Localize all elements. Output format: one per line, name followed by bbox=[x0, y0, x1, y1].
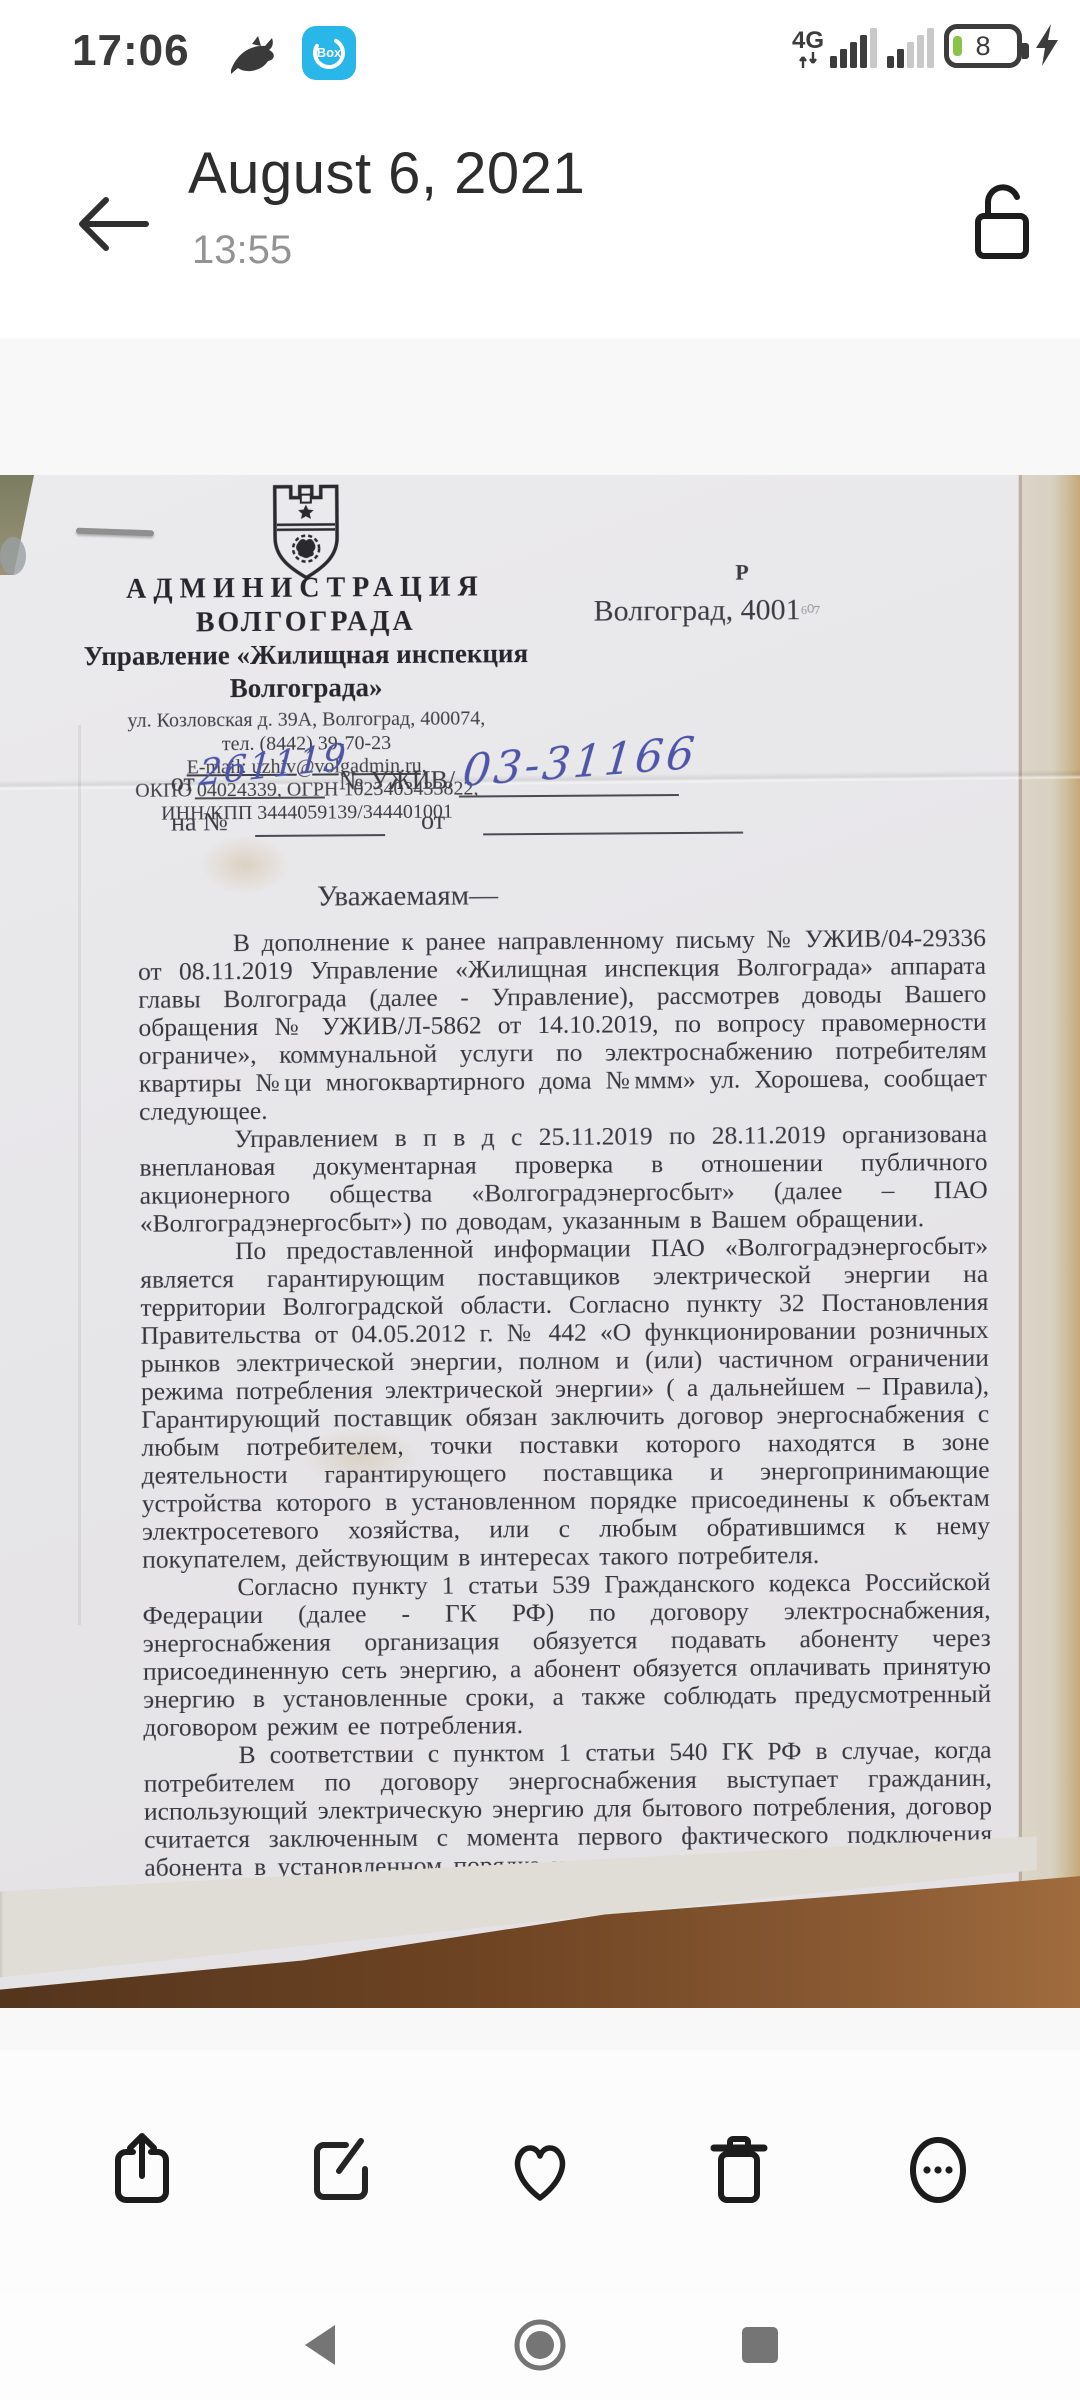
document-photo[interactable]: АДМИНИСТРАЦИЯ ВОЛГОГРАДА Управление «Жил… bbox=[0, 475, 1080, 2008]
nav-back-triangle-icon bbox=[299, 2321, 341, 2369]
paragraph-2: Управлением в п в д с 25.11.2019 по 28.1… bbox=[139, 1120, 988, 1238]
edit-pencil-icon bbox=[308, 2135, 374, 2205]
status-clock: 17:06 bbox=[72, 26, 190, 76]
trash-icon bbox=[708, 2134, 770, 2206]
nav-recents-button[interactable] bbox=[730, 2315, 790, 2375]
share-button[interactable] bbox=[104, 2132, 180, 2208]
gallery-photo-viewer-screen: 17:06 Box 4G bbox=[0, 0, 1080, 2400]
open-padlock-icon bbox=[968, 178, 1036, 262]
heart-icon bbox=[505, 2134, 575, 2206]
more-ellipsis-icon bbox=[905, 2132, 971, 2208]
reply-reference-line: на № от bbox=[171, 804, 731, 838]
battery-indicator: 8 bbox=[944, 24, 1022, 68]
recipient-mark: Р bbox=[735, 560, 749, 586]
paragraph-3: По предоставленной информации ПАО «Волго… bbox=[140, 1232, 990, 1574]
nav-recents-square-icon bbox=[740, 2325, 780, 2365]
org-dept-line2: Волгограда» bbox=[56, 671, 556, 705]
paragraph-4: Согласно пункту 1 статьи 539 Гражданског… bbox=[142, 1568, 991, 1742]
org-name-line1: АДМИНИСТРАЦИЯ bbox=[55, 571, 555, 606]
charging-bolt-icon bbox=[1032, 22, 1062, 68]
photo-background: АДМИНИСТРАЦИЯ ВОЛГОГРАДА Управление «Жил… bbox=[0, 338, 1080, 2050]
back-arrow-icon bbox=[72, 192, 152, 256]
photo-time-subtitle: 13:55 bbox=[192, 228, 292, 273]
signal-strength-sim1-icon bbox=[830, 28, 877, 68]
dolphin-notification-icon bbox=[228, 34, 280, 83]
edit-button[interactable] bbox=[303, 2132, 379, 2208]
photo-header: August 6, 2021 13:55 bbox=[0, 100, 1080, 338]
unlock-button[interactable] bbox=[968, 178, 1036, 262]
network-type-indicator: 4G bbox=[792, 30, 824, 68]
nav-back-button[interactable] bbox=[290, 2315, 350, 2375]
org-address: ул. Козловская д. 39А, Волгоград, 400074… bbox=[56, 707, 556, 733]
photo-action-toolbar bbox=[0, 2050, 1080, 2290]
signal-strength-sim2-icon bbox=[887, 28, 934, 68]
favorite-button[interactable] bbox=[502, 2132, 578, 2208]
salutation: Уважаемаям— bbox=[0, 877, 818, 916]
share-icon bbox=[109, 2132, 175, 2208]
status-indicators: 4G 8 bbox=[792, 22, 1062, 68]
android-navigation-bar bbox=[0, 2290, 1080, 2400]
letter-body: В дополнение к ранее направленному письм… bbox=[138, 924, 993, 1910]
photo-date-title: August 6, 2021 bbox=[188, 140, 585, 207]
nav-home-button[interactable] bbox=[510, 2315, 570, 2375]
box-app-label: Box bbox=[309, 45, 349, 60]
recipient-city: Волгоград, 4001⁶⁰⁷ bbox=[593, 593, 819, 629]
box-app-notification-icon: Box bbox=[302, 26, 356, 80]
back-button[interactable] bbox=[72, 192, 152, 256]
more-options-button[interactable] bbox=[900, 2132, 976, 2208]
org-dept-line1: Управление «Жилищная инспекция bbox=[56, 638, 556, 672]
delete-button[interactable] bbox=[701, 2132, 777, 2208]
data-arrows-icon bbox=[797, 52, 819, 68]
paragraph-1: В дополнение к ранее направленному письм… bbox=[138, 924, 987, 1126]
nav-home-circle-icon bbox=[512, 2317, 568, 2373]
battery-charge-fill bbox=[953, 36, 962, 56]
org-name-line2: ВОЛГОГРАДА bbox=[56, 605, 556, 640]
status-bar: 17:06 Box 4G bbox=[0, 0, 1080, 100]
document-sheet: АДМИНИСТРАЦИЯ ВОЛГОГРАДА Управление «Жил… bbox=[0, 475, 1080, 2008]
